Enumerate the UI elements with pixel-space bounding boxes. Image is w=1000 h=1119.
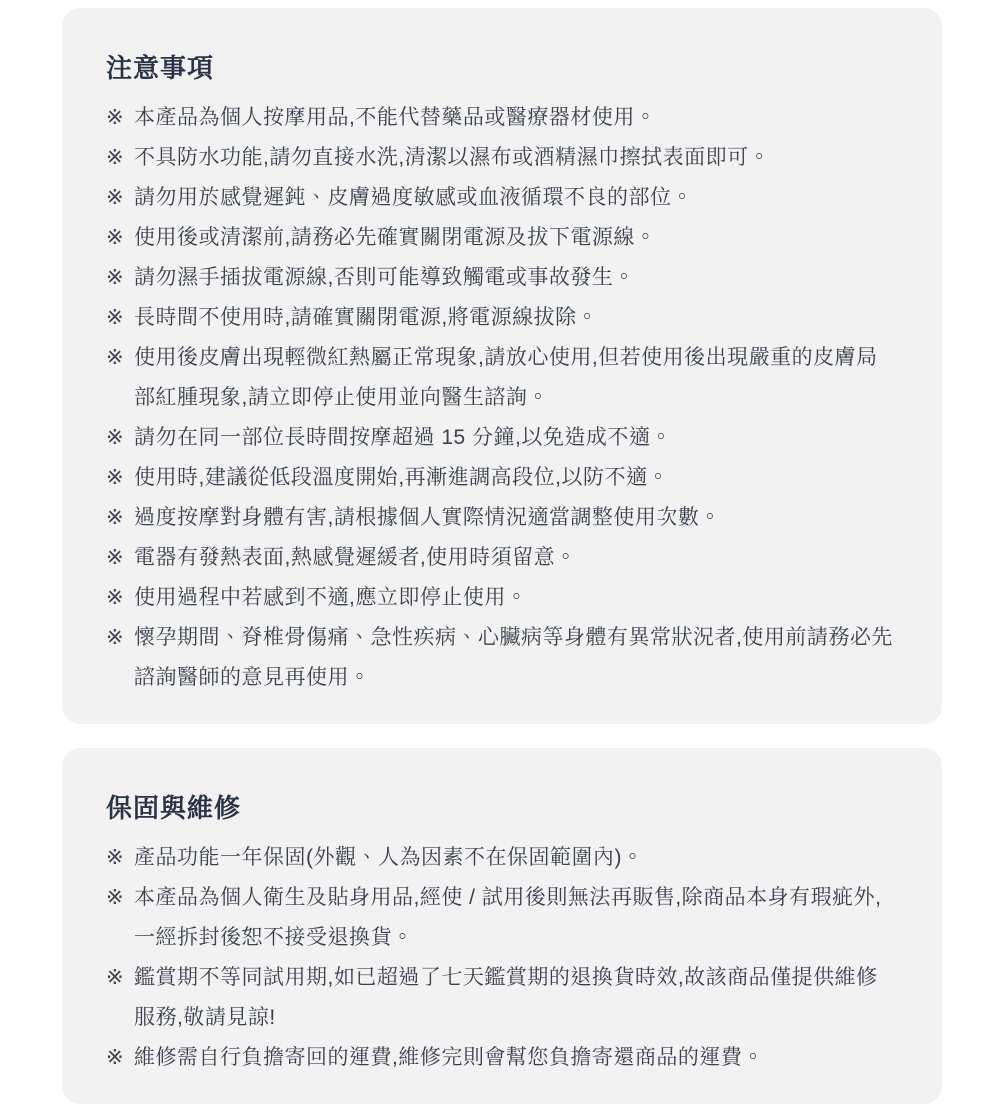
reference-mark-icon: ※ xyxy=(106,218,124,258)
list-item-text: 過度按摩對身體有害,請根據個人實際情況適當調整使用次數。 xyxy=(134,506,721,529)
list-item: ※使用過程中若感到不適,應立即停止使用。 xyxy=(106,578,898,618)
reference-mark-icon: ※ xyxy=(106,138,124,178)
list-item: ※電器有發熱表面,熱感覺遲緩者,使用時須留意。 xyxy=(106,538,898,578)
list-item-text: 使用時,建議從低段溫度開始,再漸進調高段位,以防不適。 xyxy=(134,466,669,489)
list-item: ※鑑賞期不等同試用期,如已超過了七天鑑賞期的退換貨時效,故該商品僅提供維修服務,… xyxy=(106,958,898,1038)
list-item: ※使用後或清潔前,請務必先確實關閉電源及拔下電源線。 xyxy=(106,218,898,258)
reference-mark-icon: ※ xyxy=(106,1038,124,1078)
list-item: ※本產品為個人衛生及貼身用品,經使 / 試用後則無法再販售,除商品本身有瑕疵外,… xyxy=(106,878,898,958)
reference-mark-icon: ※ xyxy=(106,298,124,338)
reference-mark-icon: ※ xyxy=(106,578,124,618)
list-item: ※維修需自行負擔寄回的運費,維修完則會幫您負擔寄還商品的運費。 xyxy=(106,1038,898,1078)
list-item-text: 鑑賞期不等同試用期,如已超過了七天鑑賞期的退換貨時效,故該商品僅提供維修服務,敬… xyxy=(134,966,878,1029)
list-item-text: 不具防水功能,請勿直接水洗,清潔以濕布或酒精濕巾擦拭表面即可。 xyxy=(134,146,770,169)
precautions-card: 注意事項 ※本產品為個人按摩用品,不能代替藥品或醫療器材使用。 ※不具防水功能,… xyxy=(62,8,942,724)
reference-mark-icon: ※ xyxy=(106,338,124,378)
list-item-text: 懷孕期間、脊椎骨傷痛、急性疾病、心臟病等身體有異常狀況者,使用前請務必先諮詢醫師… xyxy=(134,626,893,689)
list-item: ※產品功能一年保固(外觀、人為因素不在保固範圍內)。 xyxy=(106,838,898,878)
reference-mark-icon: ※ xyxy=(106,418,124,458)
reference-mark-icon: ※ xyxy=(106,958,124,998)
list-item-text: 請勿用於感覺遲鈍、皮膚過度敏感或血液循環不良的部位。 xyxy=(134,186,693,209)
list-item: ※不具防水功能,請勿直接水洗,清潔以濕布或酒精濕巾擦拭表面即可。 xyxy=(106,138,898,178)
list-item: ※使用後皮膚出現輕微紅熱屬正常現象,請放心使用,但若使用後出現嚴重的皮膚局部紅腫… xyxy=(106,338,898,418)
reference-mark-icon: ※ xyxy=(106,538,124,578)
reference-mark-icon: ※ xyxy=(106,258,124,298)
list-item-text: 請勿在同一部位長時間按摩超過 15 分鐘,以免造成不適。 xyxy=(134,426,672,449)
list-item: ※請勿用於感覺遲鈍、皮膚過度敏感或血液循環不良的部位。 xyxy=(106,178,898,218)
list-item: ※長時間不使用時,請確實關閉電源,將電源線拔除。 xyxy=(106,298,898,338)
list-item-text: 使用後或清潔前,請務必先確實關閉電源及拔下電源線。 xyxy=(134,226,656,249)
list-item-text: 請勿濕手插拔電源線,否則可能導致觸電或事故發生。 xyxy=(134,266,635,289)
reference-mark-icon: ※ xyxy=(106,98,124,138)
reference-mark-icon: ※ xyxy=(106,838,124,878)
list-item-text: 本產品為個人按摩用品,不能代替藥品或醫療器材使用。 xyxy=(134,106,656,129)
list-item-text: 長時間不使用時,請確實關閉電源,將電源線拔除。 xyxy=(134,306,598,329)
precautions-title: 注意事項 xyxy=(106,50,898,86)
list-item: ※過度按摩對身體有害,請根據個人實際情況適當調整使用次數。 xyxy=(106,498,898,538)
list-item: ※本產品為個人按摩用品,不能代替藥品或醫療器材使用。 xyxy=(106,98,898,138)
list-item-text: 使用後皮膚出現輕微紅熱屬正常現象,請放心使用,但若使用後出現嚴重的皮膚局部紅腫現… xyxy=(134,346,878,409)
list-item-text: 維修需自行負擔寄回的運費,維修完則會幫您負擔寄還商品的運費。 xyxy=(134,1046,764,1069)
warranty-list: ※產品功能一年保固(外觀、人為因素不在保固範圍內)。 ※本產品為個人衛生及貼身用… xyxy=(106,838,898,1078)
warranty-card: 保固與維修 ※產品功能一年保固(外觀、人為因素不在保固範圍內)。 ※本產品為個人… xyxy=(62,748,942,1104)
list-item: ※請勿在同一部位長時間按摩超過 15 分鐘,以免造成不適。 xyxy=(106,418,898,458)
warranty-title: 保固與維修 xyxy=(106,790,898,826)
list-item-text: 本產品為個人衛生及貼身用品,經使 / 試用後則無法再販售,除商品本身有瑕疵外,一… xyxy=(134,886,882,949)
list-item: ※請勿濕手插拔電源線,否則可能導致觸電或事故發生。 xyxy=(106,258,898,298)
reference-mark-icon: ※ xyxy=(106,878,124,918)
list-item-text: 產品功能一年保固(外觀、人為因素不在保固範圍內)。 xyxy=(134,846,643,869)
list-item: ※懷孕期間、脊椎骨傷痛、急性疾病、心臟病等身體有異常狀況者,使用前請務必先諮詢醫… xyxy=(106,618,898,698)
reference-mark-icon: ※ xyxy=(106,458,124,498)
list-item-text: 使用過程中若感到不適,應立即停止使用。 xyxy=(134,586,527,609)
reference-mark-icon: ※ xyxy=(106,498,124,538)
precautions-list: ※本產品為個人按摩用品,不能代替藥品或醫療器材使用。 ※不具防水功能,請勿直接水… xyxy=(106,98,898,698)
reference-mark-icon: ※ xyxy=(106,618,124,658)
list-item-text: 電器有發熱表面,熱感覺遲緩者,使用時須留意。 xyxy=(134,546,577,569)
list-item: ※使用時,建議從低段溫度開始,再漸進調高段位,以防不適。 xyxy=(106,458,898,498)
reference-mark-icon: ※ xyxy=(106,178,124,218)
